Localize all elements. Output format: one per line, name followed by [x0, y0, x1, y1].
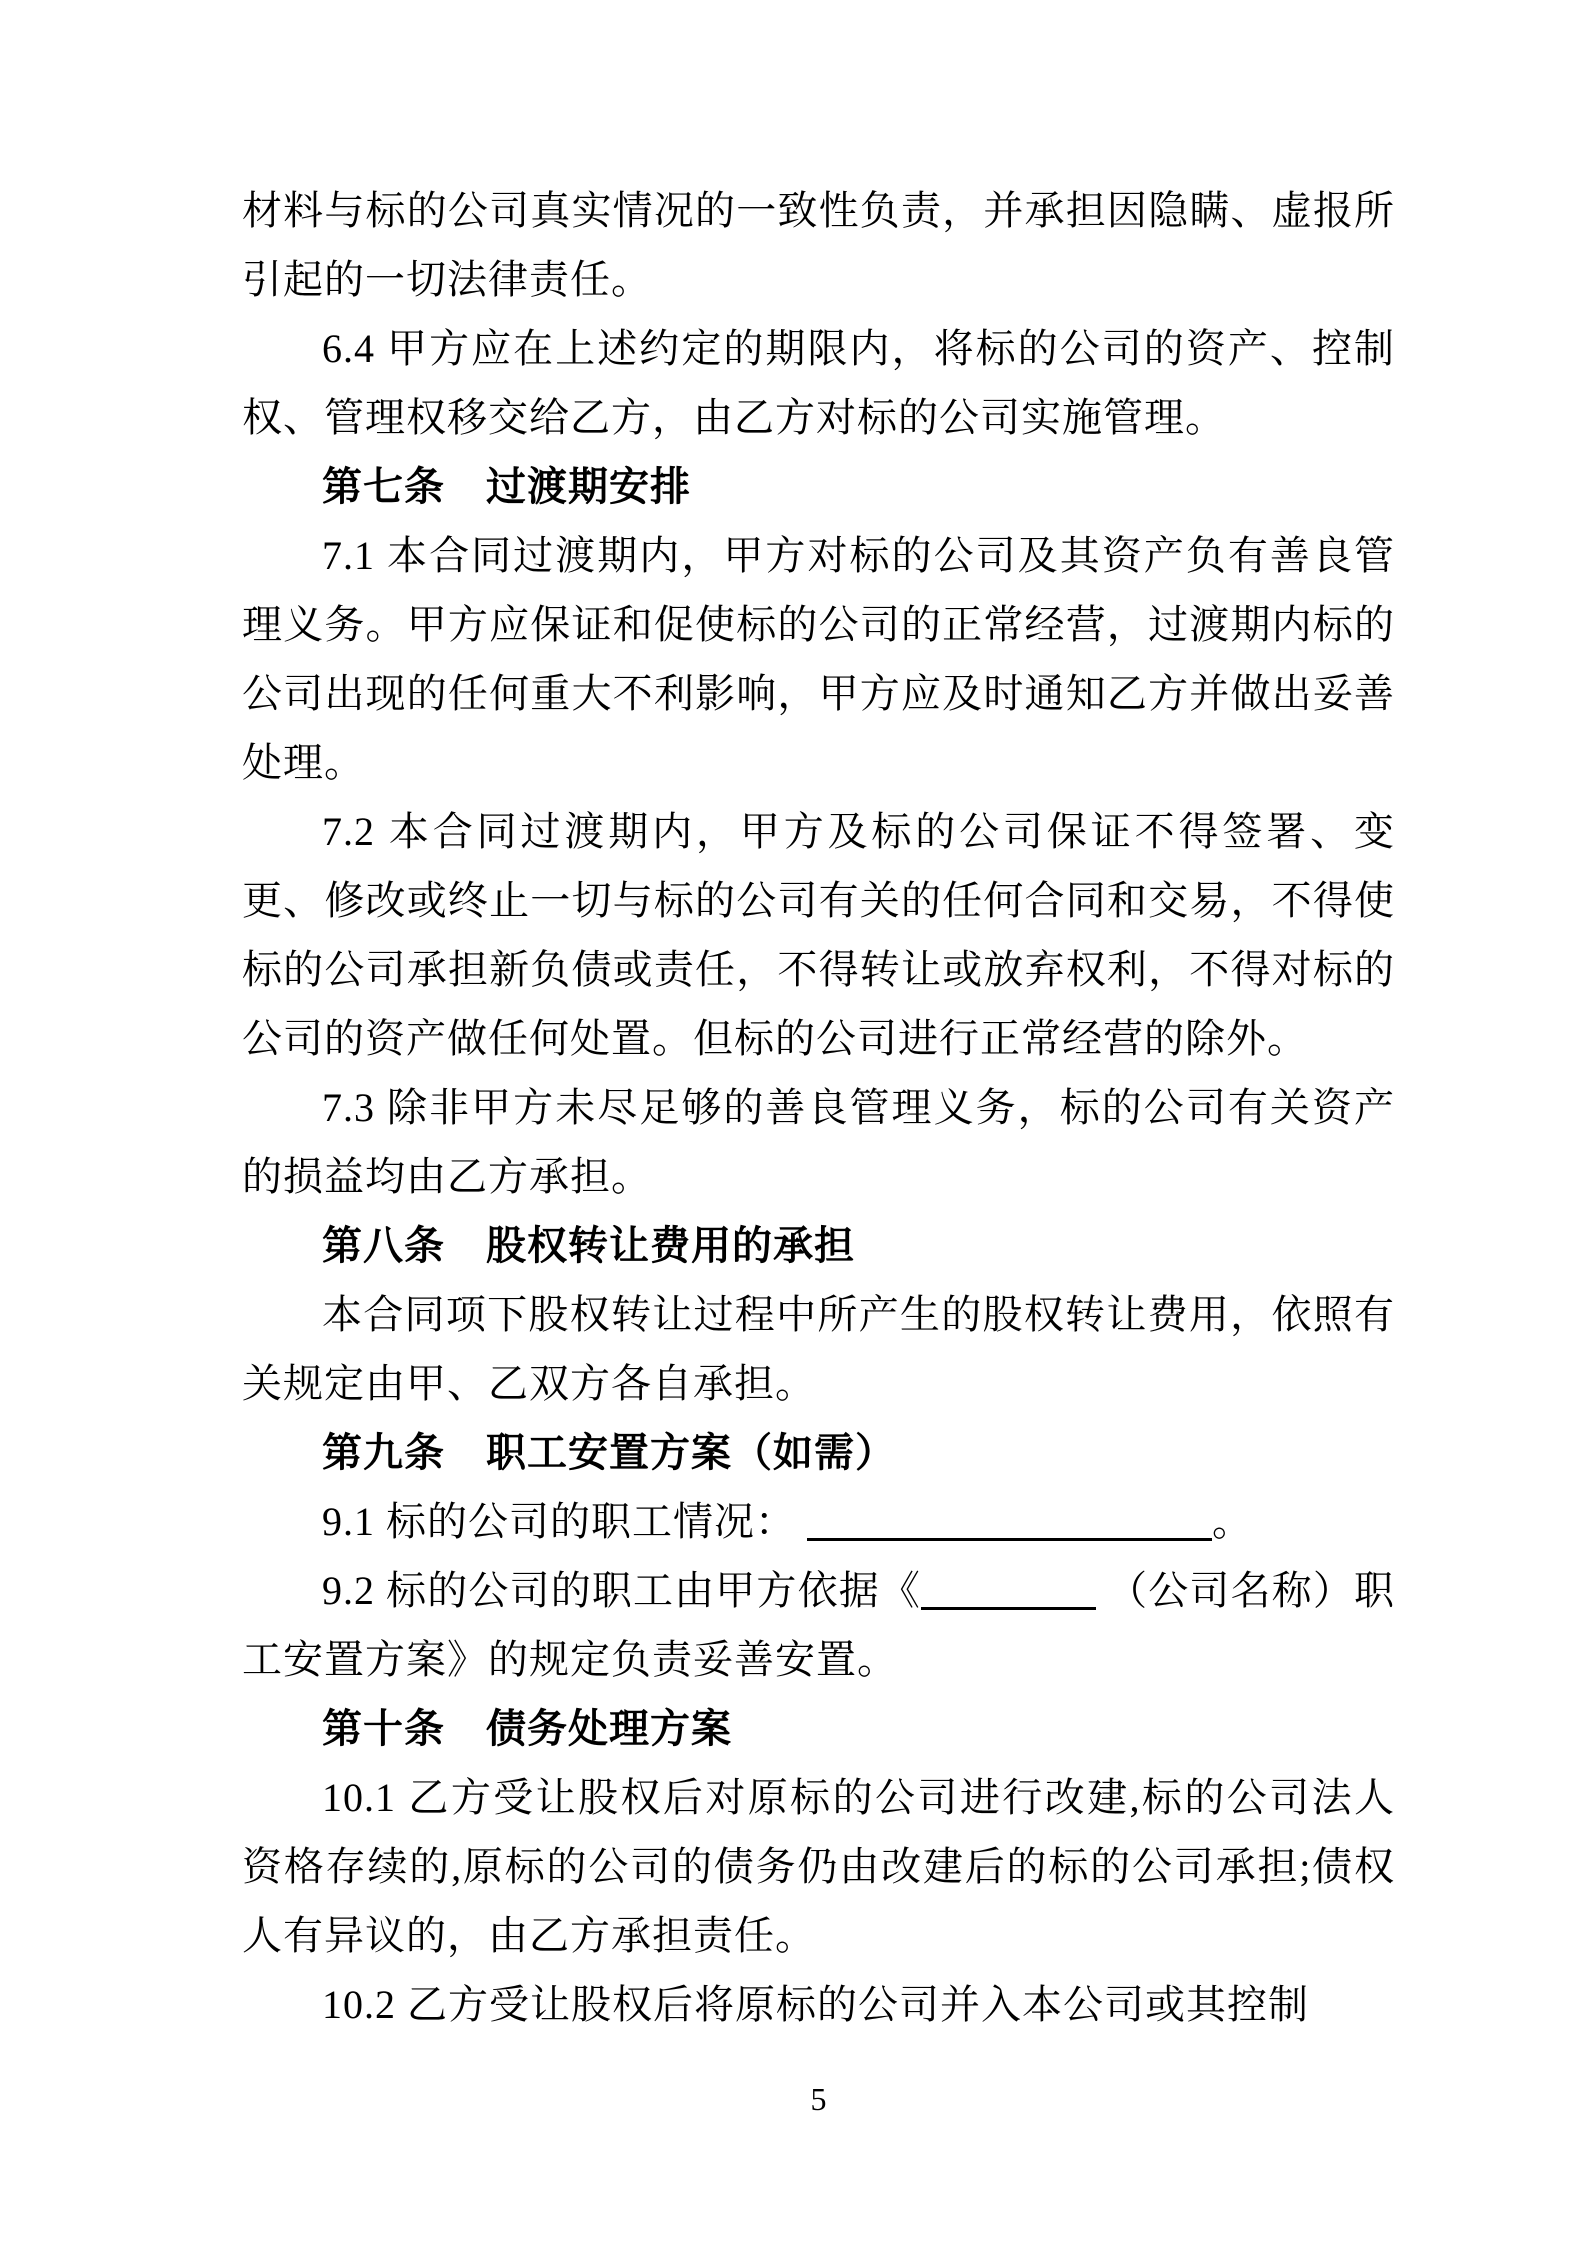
paragraph-9-2-text: 9.2 标的公司的职工由甲方依据《 [322, 1568, 921, 1613]
paragraph-7-3: 7.3 除非甲方未尽足够的善良管理义务，标的公司有关资产的损益均由乙方承担。 [242, 1073, 1395, 1211]
paragraph-7-2: 7.2 本合同过渡期内，甲方及标的公司保证不得签署、变更、修改或终止一切与标的公… [242, 797, 1395, 1073]
paragraph-9-1-text: 9.1 标的公司的职工情况： [322, 1499, 807, 1544]
paragraph-9-2: 9.2 标的公司的职工由甲方依据《 （公司名称）职工安置方案》的规定负责妥善安置… [242, 1556, 1395, 1694]
contract-text-block: 材料与标的公司真实情况的一致性负责，并承担因隐瞒、虚报所引起的一切法律责任。 6… [0, 0, 1587, 2134]
paragraph-9-1-period: 。 [1212, 1499, 1253, 1544]
company-name-blank-field [921, 1577, 1096, 1610]
section-heading-article-8: 第八条 股权转让费用的承担 [242, 1211, 1395, 1280]
page-number: 5 [242, 2065, 1395, 2134]
employee-status-blank-field [807, 1508, 1212, 1541]
paragraph-8-body: 本合同项下股权转让过程中所产生的股权转让费用，依照有关规定由甲、乙双方各自承担。 [242, 1280, 1395, 1418]
document-page: 材料与标的公司真实情况的一致性负责，并承担因隐瞒、虚报所引起的一切法律责任。 6… [0, 0, 1587, 2245]
paragraph-7-1: 7.1 本合同过渡期内，甲方对标的公司及其资产负有善良管理义务。甲方应保证和促使… [242, 521, 1395, 797]
paragraph-6-3-continuation: 材料与标的公司真实情况的一致性负责，并承担因隐瞒、虚报所引起的一切法律责任。 [242, 176, 1395, 314]
paragraph-9-1: 9.1 标的公司的职工情况： 。 [242, 1487, 1395, 1556]
paragraph-6-4: 6.4 甲方应在上述约定的期限内，将标的公司的资产、控制权、管理权移交给乙方，由… [242, 314, 1395, 452]
section-heading-article-10: 第十条 债务处理方案 [242, 1694, 1395, 1763]
section-heading-article-9: 第九条 职工安置方案（如需） [242, 1418, 1395, 1487]
paragraph-10-1: 10.1 乙方受让股权后对原标的公司进行改建,标的公司法人资格存续的,原标的公司… [242, 1763, 1395, 1970]
section-heading-article-7: 第七条 过渡期安排 [242, 452, 1395, 521]
paragraph-10-2: 10.2 乙方受让股权后将原标的公司并入本公司或其控制 [242, 1970, 1395, 2039]
